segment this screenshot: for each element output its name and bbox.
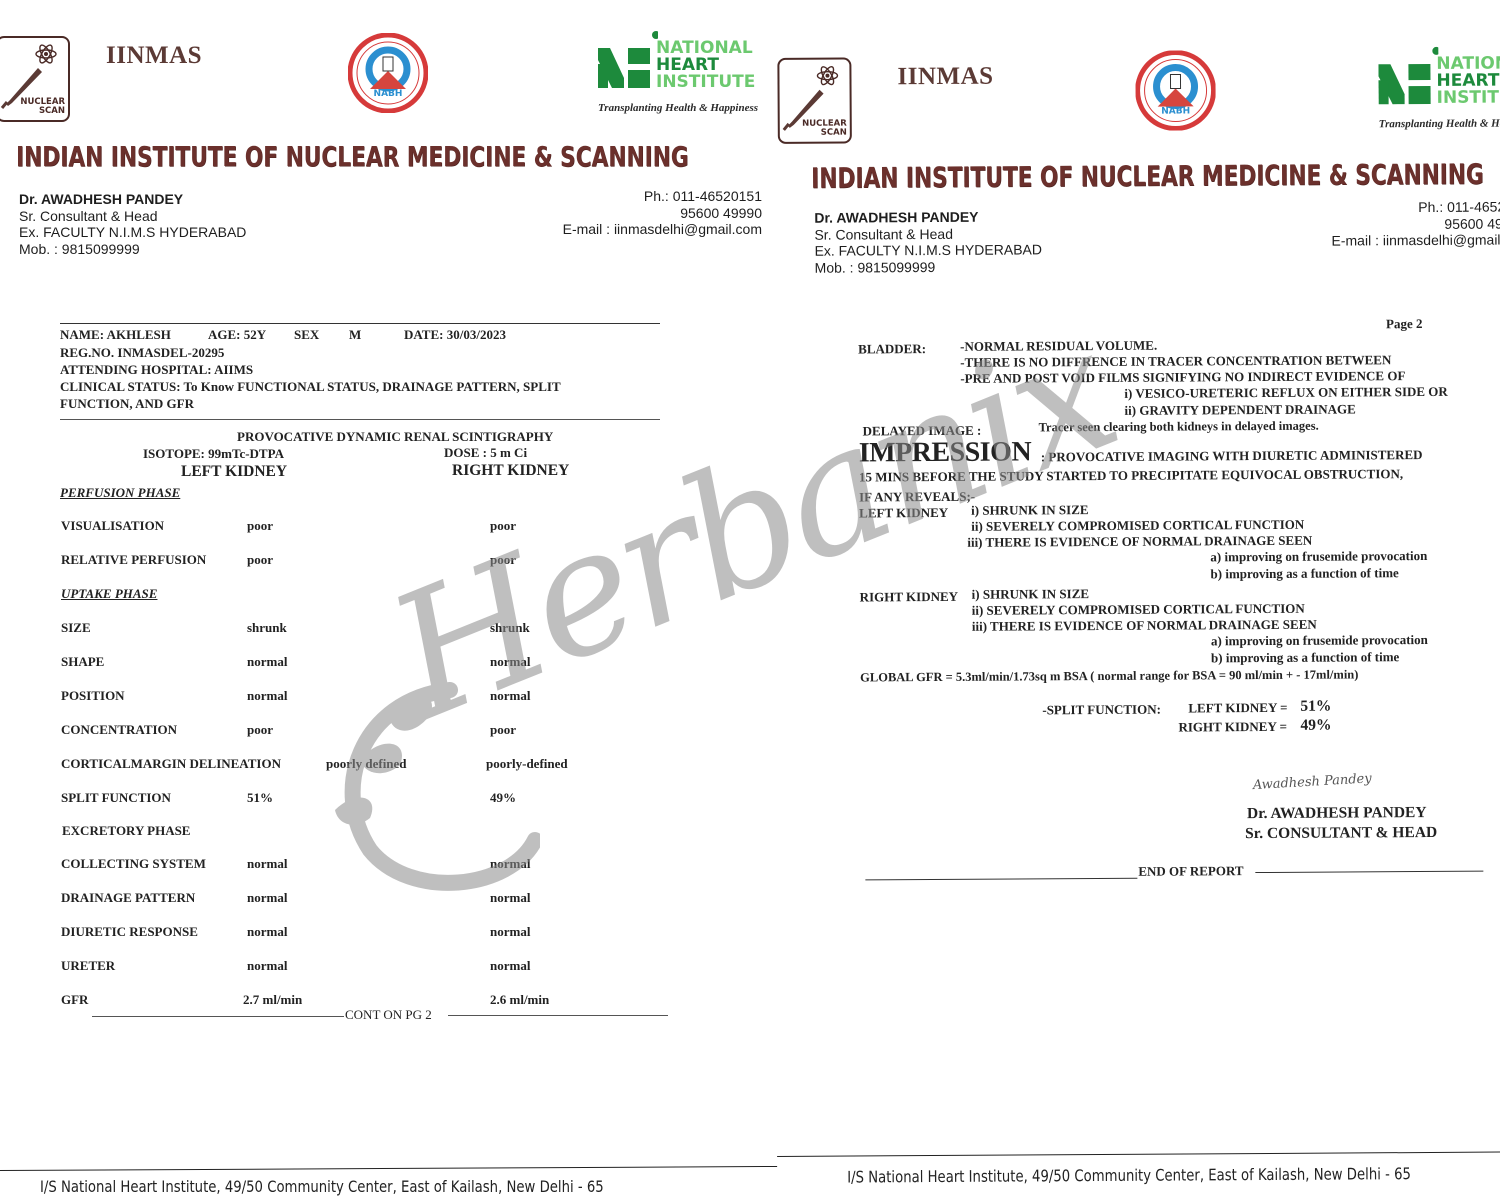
continued-line-right (448, 1015, 668, 1016)
result-left-kidney: poor (247, 518, 273, 534)
contact-info: Ph.: 011-46520151 95600 49990 E-mail : i… (1331, 198, 1500, 249)
institute-title: INDIAN INSTITUTE OF NUCLEAR MEDICINE & S… (16, 140, 688, 173)
contact-info: Ph.: 011-46520151 95600 49990 E-mail : i… (563, 188, 762, 238)
result-label: POSITION (61, 688, 125, 704)
result-left-kidney: normal (247, 688, 287, 704)
dose: DOSE : 5 m Ci (444, 445, 527, 461)
global-gfr: GLOBAL GFR = 5.3ml/min/1.73sq m BSA ( no… (860, 667, 1358, 685)
perfusion-phase-heading: PERFUSION PHASE (60, 485, 180, 501)
result-left-kidney: 51% (247, 790, 273, 806)
phone-1: Ph.: 011-46520151 (563, 188, 762, 205)
result-label: SIZE (61, 620, 91, 636)
report-date: DATE: 30/03/2023 (404, 327, 506, 343)
nabh-text: NABH (1161, 106, 1190, 116)
result-label: CORTICALMARGIN DELINEATION (61, 756, 281, 772)
signature: Awadhesh Pandey (1252, 771, 1372, 793)
left-kidney-sub-2: b) improving as a function of time (1210, 565, 1398, 582)
result-right-kidney: normal (490, 924, 530, 940)
nhi-mark-icon (1378, 46, 1438, 108)
patient-name: NAME: AKHLESH (60, 327, 171, 343)
result-label: CONCENTRATION (61, 722, 177, 738)
impression-line-1: : PROVOCATIVE IMAGING WITH DIURETIC ADMI… (1041, 447, 1423, 465)
nabh-text: NABH (374, 89, 403, 99)
uptake-phase-heading: UPTAKE PHASE (61, 586, 157, 602)
doctor-mobile: Mob. : 9815099999 (19, 241, 246, 258)
result-left-kidney: 2.7 ml/min (243, 992, 302, 1008)
logo-text-scan: SCAN (802, 129, 847, 138)
report-page-2: NUCLEAR SCAN IINMAS NABH NATIONAL HEART … (770, 0, 1500, 1200)
report-page-1: NUCLEAR SCAN IINMAS NABH NATIONAL HEART … (0, 0, 780, 1200)
result-left-kidney: shrunk (247, 620, 287, 636)
split-left-value: 51% (1300, 698, 1331, 716)
email: E-mail : iinmasdelhi@gmail.com (563, 221, 762, 238)
doctor-info: Dr. AWADHESH PANDEY Sr. Consultant & Hea… (19, 191, 246, 257)
result-right-kidney: poor (490, 552, 516, 568)
result-left-kidney: poor (247, 552, 273, 568)
nhi-mark-icon (598, 30, 658, 92)
column-left-kidney: LEFT KIDNEY (181, 463, 287, 481)
result-right-kidney: 49% (490, 790, 516, 806)
signatory-name: Dr. AWADHESH PANDEY (1247, 804, 1427, 823)
result-label: SHAPE (61, 654, 104, 670)
right-kidney-sub-2: b) improving as a function of time (1211, 649, 1399, 666)
split-function-label: -SPLIT FUNCTION: (1042, 702, 1161, 719)
phone-1: Ph.: 011-46520151 (1331, 198, 1500, 216)
iinmas-label: IINMAS (897, 63, 993, 92)
result-right-kidney: poorly-defined (486, 756, 568, 772)
result-right-kidney: normal (490, 654, 530, 670)
iinmas-label: IINMAS (106, 42, 202, 70)
clinical-status-line-2: FUNCTION, AND GFR (60, 396, 194, 412)
result-label: VISUALISATION (61, 518, 164, 534)
bladder-line-1: -NORMAL RESIDUAL VOLUME. (960, 338, 1157, 355)
nuclear-scan-logo: NUCLEAR SCAN (777, 58, 852, 144)
right-kidney-sub-1: a) improving on frusemide provocation (1211, 632, 1428, 649)
divider-mid (60, 419, 660, 420)
footer-address: I/S National Heart Institute, 49/50 Comm… (40, 1177, 604, 1196)
patient-sex-label: SEX (294, 327, 319, 343)
result-right-kidney: 2.6 ml/min (490, 992, 549, 1008)
nhi-line-3: INSTITUTE (656, 74, 755, 91)
page-number: Page 2 (1386, 316, 1423, 332)
result-left-kidney: normal (247, 654, 287, 670)
impression-heading: IMPRESSION (859, 436, 1032, 469)
phone-2: 95600 49990 (1331, 215, 1500, 233)
split-right-value: 49% (1300, 717, 1331, 735)
bladder-sub-1: i) VESICO-URETERIC REFLUX ON EITHER SIDE… (1124, 384, 1447, 402)
national-heart-institute-logo: NATIONAL HEART INSTITUTE Transplanting H… (1378, 45, 1500, 136)
patient-age: AGE: 52Y (208, 327, 266, 343)
signatory-title: Sr. CONSULTANT & HEAD (1245, 824, 1437, 843)
result-right-kidney: poor (490, 722, 516, 738)
doctor-faculty: Ex. FACULTY N.I.M.S HYDERABAD (814, 241, 1042, 259)
continued-label: CONT ON PG 2 (345, 1007, 432, 1023)
study-title: PROVOCATIVE DYNAMIC RENAL SCINTIGRAPHY (237, 429, 553, 445)
result-left-kidney: normal (247, 856, 287, 872)
attending-hospital: ATTENDING HOSPITAL: AIIMS (60, 362, 253, 378)
nhi-line-3: INSTITUTE (1437, 89, 1500, 107)
end-line-right (1255, 871, 1483, 873)
bladder-label: BLADDER: (858, 341, 926, 357)
isotope: ISOTOPE: 99mTc-DTPA (143, 446, 284, 462)
result-label: URETER (61, 958, 115, 974)
doctor-title: Sr. Consultant & Head (19, 208, 246, 225)
registration-number: REG.NO. INMASDEL-20295 (60, 345, 224, 361)
nabh-logo-icon: NABH (1135, 50, 1215, 130)
delayed-image-text: Tracer seen clearing both kidneys in del… (1039, 419, 1319, 436)
doctor-name: Dr. AWADHESH PANDEY (19, 191, 246, 208)
footer-address: I/S National Heart Institute, 49/50 Comm… (847, 1164, 1411, 1186)
result-label: GFR (61, 992, 88, 1008)
continued-line-left (92, 1016, 344, 1017)
result-right-kidney: normal (490, 856, 530, 872)
result-left-kidney: normal (247, 958, 287, 974)
right-kidney-item-1: i) SHRUNK IN SIZE (972, 586, 1089, 603)
split-left-label: LEFT KIDNEY = (1188, 700, 1287, 717)
doctor-title: Sr. Consultant & Head (814, 225, 1042, 243)
nabh-logo-icon: NABH (348, 33, 428, 113)
result-label: COLLECTING SYSTEM (61, 856, 206, 872)
result-label: DIURETIC RESPONSE (61, 924, 198, 940)
divider-top (60, 323, 660, 324)
result-left-kidney: poor (247, 722, 273, 738)
bladder-sub-2: ii) GRAVITY DEPENDENT DRAINAGE (1124, 401, 1355, 418)
doctor-name: Dr. AWADHESH PANDEY (814, 208, 1042, 226)
nhi-tagline: Transplanting Health & Happiness (1379, 117, 1500, 130)
doctor-faculty: Ex. FACULTY N.I.M.S HYDERABAD (19, 224, 246, 241)
split-right-label: RIGHT KIDNEY = (1178, 719, 1287, 736)
national-heart-institute-logo: NATIONAL HEART INSTITUTE Transplanting H… (598, 30, 768, 120)
impression-line-2: 15 MINS BEFORE THE STUDY STARTED TO PREC… (859, 466, 1403, 485)
column-right-kidney: RIGHT KIDNEY (452, 462, 569, 480)
result-left-kidney: normal (247, 924, 287, 940)
right-kidney-label: RIGHT KIDNEY (860, 589, 958, 606)
left-kidney-sub-1: a) improving on frusemide provocation (1210, 548, 1427, 565)
logo-text-scan: SCAN (20, 107, 65, 116)
result-right-kidney: normal (490, 890, 530, 906)
result-label: RELATIVE PERFUSION (61, 552, 206, 568)
clinical-status-line-1: CLINICAL STATUS: To Know FUNCTIONAL STAT… (60, 379, 561, 395)
phone-2: 95600 49990 (563, 205, 762, 222)
email: E-mail : iinmasdelhi@gmail.com (1331, 231, 1500, 249)
result-right-kidney: shrunk (490, 620, 530, 636)
doctor-info: Dr. AWADHESH PANDEY Sr. Consultant & Hea… (814, 208, 1042, 275)
result-right-kidney: normal (490, 688, 530, 704)
left-kidney-label: LEFT KIDNEY (859, 505, 948, 522)
result-label: SPLIT FUNCTION (61, 790, 171, 806)
footer-rule (777, 1152, 1500, 1157)
end-of-report: END OF REPORT (1138, 863, 1243, 880)
footer-rule (0, 1166, 780, 1171)
end-line-left (865, 878, 1137, 881)
impression-line-3: IF ANY REVEALS;- (859, 489, 975, 506)
doctor-mobile: Mob. : 9815099999 (815, 258, 1043, 276)
nuclear-scan-logo: NUCLEAR SCAN (0, 36, 70, 122)
result-label: DRAINAGE PATTERN (61, 890, 195, 906)
left-kidney-item-1: i) SHRUNK IN SIZE (971, 502, 1088, 519)
result-left-kidney: poorly defined (326, 756, 407, 772)
nhi-tagline: Transplanting Health & Happiness (598, 102, 758, 114)
result-right-kidney: poor (490, 518, 516, 534)
institute-title: INDIAN INSTITUTE OF NUCLEAR MEDICINE & S… (811, 158, 1484, 195)
patient-sex: M (349, 327, 361, 343)
excretory-phase-heading: EXCRETORY PHASE (62, 823, 190, 839)
result-left-kidney: normal (247, 890, 287, 906)
result-right-kidney: normal (490, 958, 530, 974)
